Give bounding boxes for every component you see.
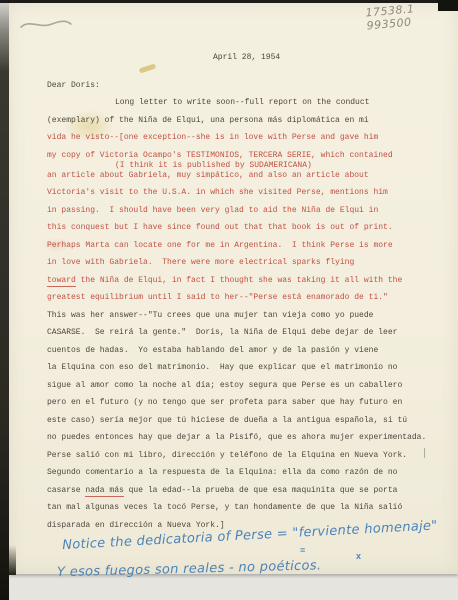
typed-line: casarse nada más que la edad--la prueba … (47, 485, 397, 496)
letter-salutation: Dear Doris: (47, 80, 100, 91)
line-rest: the Niña de Elqui, in fact I thought she… (76, 276, 402, 285)
underlined-words: nada más (85, 486, 123, 497)
typed-line: tan mal algunas veces la tocó Perse, y t… (47, 502, 402, 513)
typed-line: sigue al amor como la noche al día; esto… (47, 380, 402, 391)
typed-line: la Elquina con eso del matrimonio. Hay q… (47, 362, 397, 373)
typed-line: Perhaps Marta can locate one for me in A… (47, 240, 393, 251)
typed-line: no puedes entonces hay que dejar a la Pi… (47, 432, 426, 443)
typed-line: CASARSE. Se reirá la gente." Doris, la N… (47, 327, 397, 338)
typed-line: Long letter to write soon--full report o… (115, 97, 369, 108)
typed-line: (exemplary) of the Niña de Elqui, una pe… (47, 115, 369, 126)
handwritten-emphasis-mark: ≡ (300, 545, 306, 555)
typed-line: Segundo comentario a la respuesta de la … (47, 467, 397, 478)
underlined-word: toward (47, 276, 76, 287)
typed-line: Perse salió con mi libro, dirección y te… (47, 450, 407, 461)
typed-line: disparada en dirección a Nueva York.] (47, 520, 225, 531)
typed-line: in passing. I should have been very glad… (47, 205, 378, 216)
letter-date: April 28, 1954 (213, 52, 280, 63)
typed-line: in love with Gabriela. There were more e… (47, 257, 354, 268)
typed-line: greatest equilibrium until I said to her… (47, 292, 388, 303)
typed-line: pero en el futuro (y no tengo que ser pr… (47, 397, 402, 408)
typed-line: This was her answer--"Tu crees que una m… (47, 310, 373, 321)
typed-line: an article about Gabriela, muy simpático… (47, 170, 369, 181)
typed-line: this conquest but I have since found out… (47, 222, 393, 233)
line-rest: que la edad--la prueba de que esa maquin… (124, 486, 398, 495)
typed-line: Victoria's visit to the U.S.A. in which … (47, 187, 388, 198)
scanned-letter-page: { "colors": { "paper": "#f3eedd", "typed… (0, 0, 458, 600)
typed-line: vida he visto--[one exception--she is in… (47, 132, 378, 143)
typed-letter: April 28, 1954 Dear Doris: Long letter t… (0, 0, 458, 600)
typed-line: este caso) sería mejor que tú hiciese de… (47, 415, 407, 426)
typed-line: cuentos de hadas. Yo estaba hablando del… (47, 345, 378, 356)
typed-line: toward the Niña de Elqui, in fact I thou… (47, 275, 402, 286)
line-start: casarse (47, 486, 85, 495)
